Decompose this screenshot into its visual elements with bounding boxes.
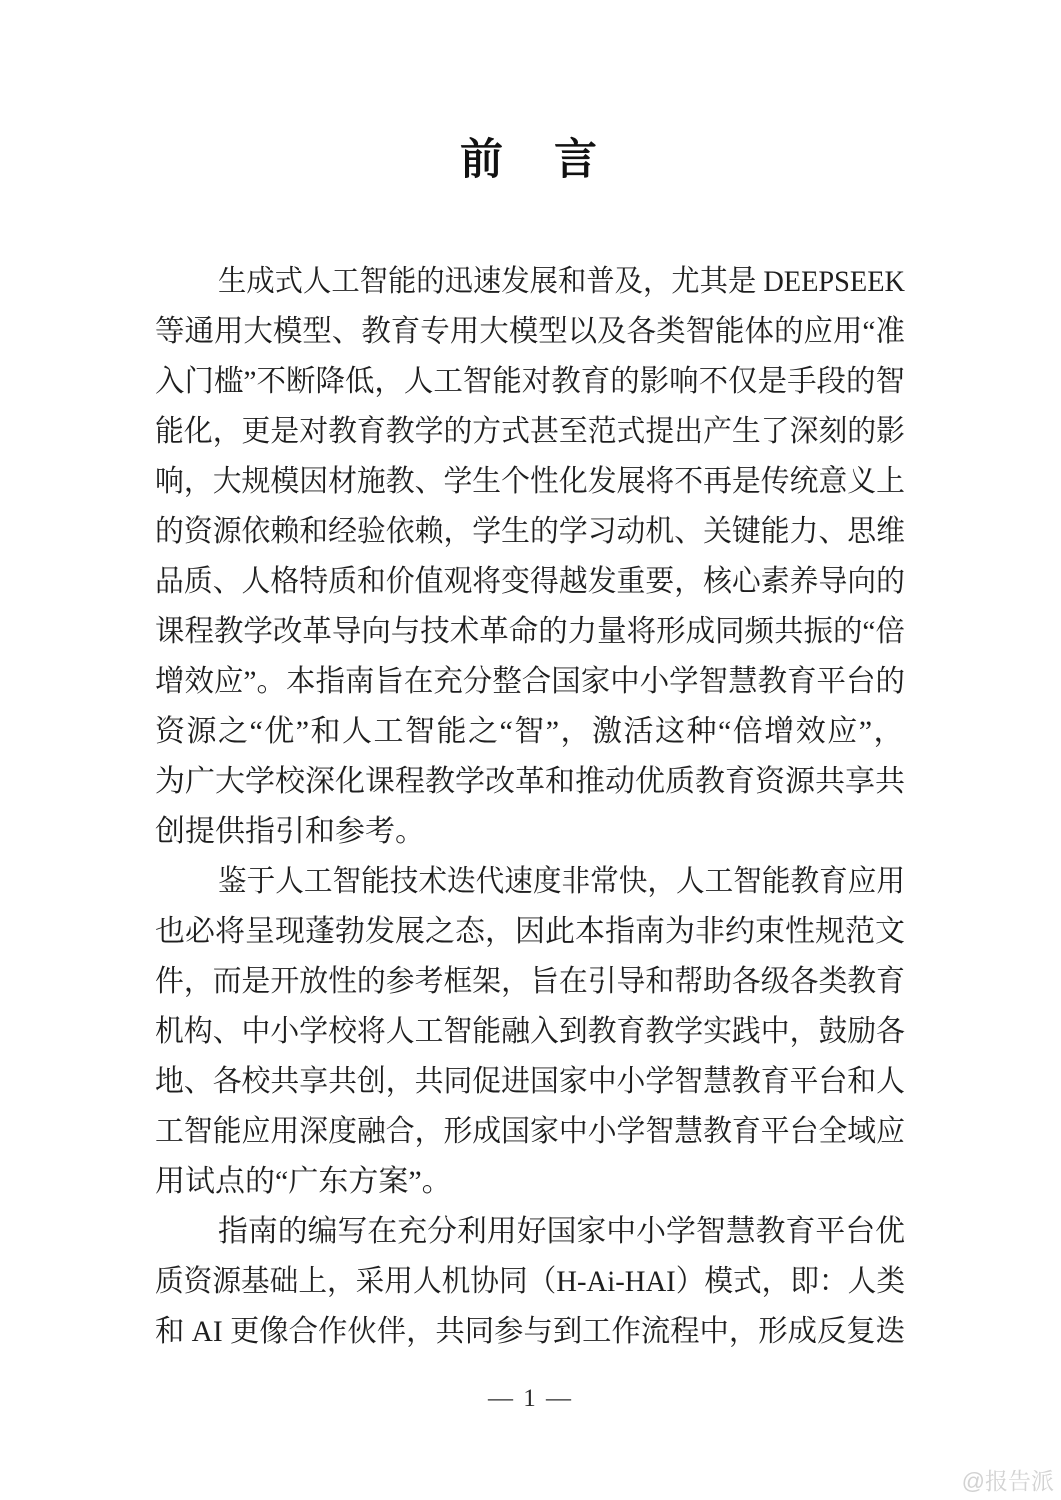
text-line: 课程教学改革导向与技术革命的力量将形成同频共振的“倍 [155, 607, 905, 657]
page-number: — 1 — [0, 1383, 1061, 1415]
text-line-content: 件，而是开放性的参考框架，旨在引导和帮助各级各类教育 [155, 957, 905, 1007]
text-line: 工智能应用深度融合，形成国家中小学智慧教育平台全域应 [155, 1107, 905, 1157]
text-line-content: 工智能应用深度融合，形成国家中小学智慧教育平台全域应 [155, 1107, 905, 1157]
text-line: 资源之“优”和人工智能之“智”，激活这种“倍增效应”， [155, 707, 905, 757]
text-line: 机构、中小学校将人工智能融入到教育教学实践中，鼓励各 [155, 1007, 905, 1057]
text-line-content: 响，大规模因材施教、学生个性化发展将不再是传统意义上 [155, 457, 905, 507]
paragraph: 生成式人工智能的迅速发展和普及，尤其是 DEEPSEEK等通用大模型、教育专用大… [155, 257, 905, 857]
watermark: @报告派 [962, 1468, 1054, 1494]
text-line: 入门槛”不断降低，人工智能对教育的影响不仅是手段的智 [155, 357, 905, 407]
text-line-content: 的资源依赖和经验依赖，学生的学习动机、关键能力、思维 [155, 507, 905, 557]
text-line: 也必将呈现蓬勃发展之态，因此本指南为非约束性规范文 [155, 907, 905, 957]
text-line: 等通用大模型、教育专用大模型以及各类智能体的应用“准 [155, 307, 905, 357]
text-line-content: 增效应”。本指南旨在充分整合国家中小学智慧教育平台的 [155, 657, 905, 707]
text-line: 响，大规模因材施教、学生个性化发展将不再是传统意义上 [155, 457, 905, 507]
paragraph: 指南的编写在充分利用好国家中小学智慧教育平台优质资源基础上，采用人机协同（H-A… [155, 1207, 905, 1357]
text-line-content: 生成式人工智能的迅速发展和普及，尤其是 DEEPSEEK [218, 257, 905, 307]
text-line-content: 等通用大模型、教育专用大模型以及各类智能体的应用“准 [155, 307, 905, 357]
text-line: 生成式人工智能的迅速发展和普及，尤其是 DEEPSEEK [155, 257, 905, 307]
text-line: 和 AI 更像合作伙伴，共同参与到工作流程中，形成反复迭 [155, 1307, 905, 1357]
text-line-content: 资源之“优”和人工智能之“智”，激活这种“倍增效应”， [155, 707, 905, 757]
paragraph: 鉴于人工智能技术迭代速度非常快，人工智能教育应用也必将呈现蓬勃发展之态，因此本指… [155, 857, 905, 1207]
page-title: 前 言 [0, 136, 1061, 184]
text-line: 为广大学校深化课程教学改革和推动优质教育资源共享共 [155, 757, 905, 807]
text-line-content: 机构、中小学校将人工智能融入到教育教学实践中，鼓励各 [155, 1007, 905, 1057]
text-line: 品质、人格特质和价值观将变得越发重要，核心素养导向的 [155, 557, 905, 607]
document-body: 生成式人工智能的迅速发展和普及，尤其是 DEEPSEEK等通用大模型、教育专用大… [155, 257, 905, 1357]
text-line-content: 入门槛”不断降低，人工智能对教育的影响不仅是手段的智 [155, 357, 905, 407]
document-page: 前 言 生成式人工智能的迅速发展和普及，尤其是 DEEPSEEK等通用大模型、教… [0, 0, 1061, 1500]
text-line-content: 为广大学校深化课程教学改革和推动优质教育资源共享共 [155, 757, 905, 807]
text-line-content: 用试点的“广东方案”。 [155, 1157, 452, 1207]
text-line-content: 品质、人格特质和价值观将变得越发重要，核心素养导向的 [155, 557, 905, 607]
text-line: 创提供指引和参考。 [155, 807, 905, 857]
text-line-content: 能化，更是对教育教学的方式甚至范式提出产生了深刻的影 [155, 407, 905, 457]
text-line: 件，而是开放性的参考框架，旨在引导和帮助各级各类教育 [155, 957, 905, 1007]
text-line: 指南的编写在充分利用好国家中小学智慧教育平台优 [155, 1207, 905, 1257]
text-line-content: 质资源基础上，采用人机协同（H-Ai-HAI）模式，即：人类 [155, 1257, 905, 1307]
text-line: 地、各校共享共创，共同促进国家中小学智慧教育平台和人 [155, 1057, 905, 1107]
text-line-content: 指南的编写在充分利用好国家中小学智慧教育平台优 [218, 1207, 905, 1257]
text-line: 的资源依赖和经验依赖，学生的学习动机、关键能力、思维 [155, 507, 905, 557]
text-line-content: 创提供指引和参考。 [155, 807, 425, 857]
text-line-content: 和 AI 更像合作伙伴，共同参与到工作流程中，形成反复迭 [155, 1307, 905, 1357]
text-line: 鉴于人工智能技术迭代速度非常快，人工智能教育应用 [155, 857, 905, 907]
text-line-content: 鉴于人工智能技术迭代速度非常快，人工智能教育应用 [218, 857, 905, 907]
text-line-content: 课程教学改革导向与技术革命的力量将形成同频共振的“倍 [155, 607, 905, 657]
text-line: 增效应”。本指南旨在充分整合国家中小学智慧教育平台的 [155, 657, 905, 707]
text-line: 能化，更是对教育教学的方式甚至范式提出产生了深刻的影 [155, 407, 905, 457]
text-line: 用试点的“广东方案”。 [155, 1157, 905, 1207]
text-line-content: 也必将呈现蓬勃发展之态，因此本指南为非约束性规范文 [155, 907, 905, 957]
text-line: 质资源基础上，采用人机协同（H-Ai-HAI）模式，即：人类 [155, 1257, 905, 1307]
text-line-content: 地、各校共享共创，共同促进国家中小学智慧教育平台和人 [155, 1057, 905, 1107]
